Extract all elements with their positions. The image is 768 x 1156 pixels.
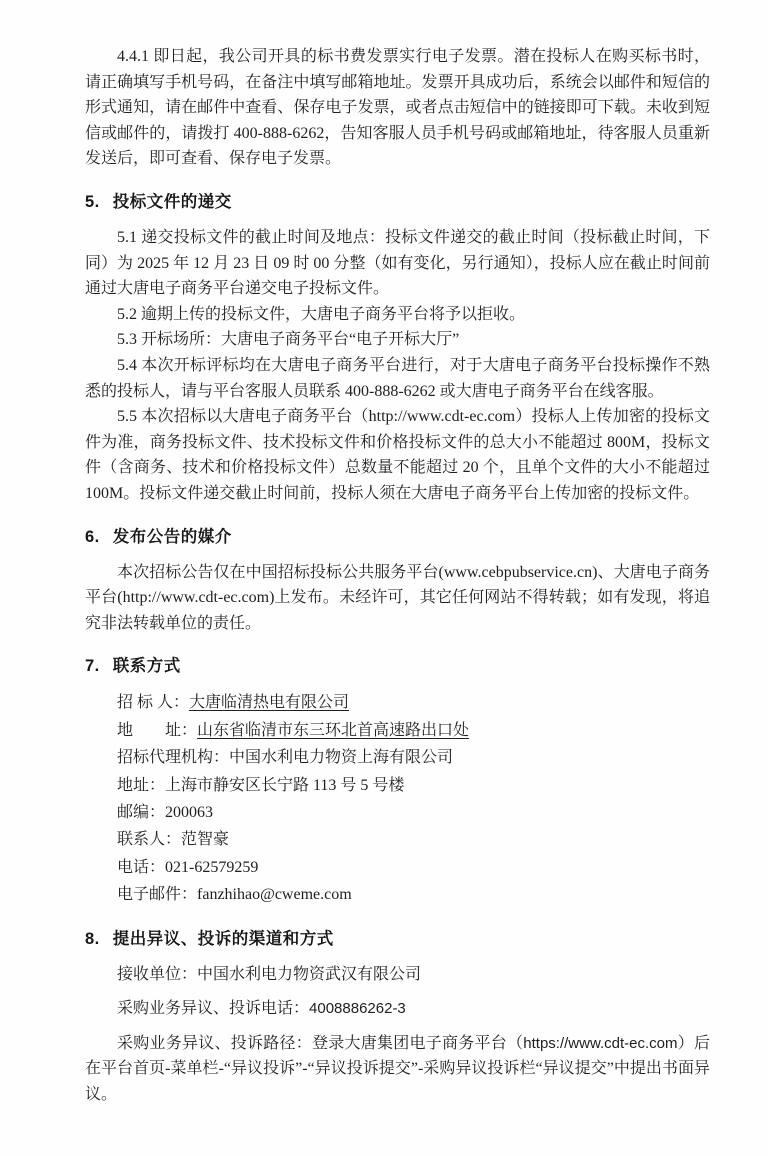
contact-value: 200063 [165, 804, 213, 821]
section-7-title: 联系方式 [113, 657, 181, 675]
section-5-item-5: 5.5 本次招标以大唐电子商务平台（http://www.cdt-ec.com）… [85, 404, 710, 506]
contact-value: 山东省临清市东三环北首高速路出口处 [197, 722, 469, 739]
contact-value: 大唐临清热电有限公司 [189, 694, 349, 711]
section-8-number: 8. [85, 930, 100, 949]
contact-row-postcode: 邮编：200063 [117, 799, 710, 826]
contact-block: 招 标 人：大唐临清热电有限公司 地 址：山东省临清市东三环北首高速路出口处 招… [85, 689, 710, 908]
section-8-heading: 8.提出异议、投诉的渠道和方式 [85, 925, 710, 949]
section-8-complaint-phone: 采购业务异议、投诉电话：4008886262-3 [85, 996, 710, 1022]
contact-value: 021-62579259 [165, 859, 258, 876]
contact-value: 上海市静安区长宁路 113 号 5 号楼 [165, 777, 404, 794]
complaint-phone-number: 4008886262-3 [309, 1000, 406, 1017]
contact-label: 招标代理机构： [117, 749, 229, 766]
contact-value: fanzhihao@cweme.com [197, 886, 352, 903]
section-5-title: 投标文件的递交 [113, 193, 232, 211]
document-page: 4.4.1 即日起，我公司开具的标书费发票实行电子发票。潜在投标人在购买标书时，… [0, 0, 768, 1156]
section-8-complaint-path: 采购业务异议、投诉路径：登录大唐集团电子商务平台（https://www.cdt… [85, 1031, 710, 1108]
paragraph-4-4-1: 4.4.1 即日起，我公司开具的标书费发票实行电子发票。潜在投标人在购买标书时，… [85, 44, 710, 172]
contact-row-agency-address: 地址：上海市静安区长宁路 113 号 5 号楼 [117, 772, 710, 799]
contact-row-phone: 电话：021-62579259 [117, 854, 710, 881]
section-5-item-3: 5.3 开标场所：大唐电子商务平台“电子开标大厅” [85, 327, 710, 353]
contact-row-tenderee: 招 标 人：大唐临清热电有限公司 [117, 689, 710, 716]
contact-label: 电话： [117, 859, 165, 876]
section-5-item-2: 5.2 逾期上传的投标文件，大唐电子商务平台将予以拒收。 [85, 302, 710, 328]
contact-label: 地 址： [117, 722, 197, 739]
contact-label: 联系人： [117, 831, 181, 848]
contact-value: 范智豪 [181, 831, 229, 848]
section-5-number: 5. [85, 193, 100, 212]
contact-label: 邮编： [117, 804, 165, 821]
section-6-body: 本次招标公告仅在中国招标投标公共服务平台(www.cebpubservice.c… [85, 560, 710, 637]
contact-row-address: 地 址：山东省临清市东三环北首高速路出口处 [117, 717, 710, 744]
section-7-number: 7. [85, 657, 100, 676]
section-8-receiver: 接收单位：中国水利电力物资武汉有限公司 [85, 962, 710, 988]
contact-label: 地址： [117, 777, 165, 794]
section-6-heading: 6.发布公告的媒介 [85, 523, 710, 547]
contact-value: 中国水利电力物资上海有限公司 [229, 749, 453, 766]
complaint-path-text-before: 采购业务异议、投诉路径：登录大唐集团电子商务平台（ [117, 1035, 523, 1052]
section-5-item-1: 5.1 递交投标文件的截止时间及地点：投标文件递交的截止时间（投标截止时间，下同… [85, 225, 710, 302]
section-8-title: 提出异议、投诉的渠道和方式 [113, 930, 334, 948]
contact-row-email: 电子邮件：fanzhihao@cweme.com [117, 881, 710, 908]
complaint-phone-label: 采购业务异议、投诉电话： [117, 1000, 309, 1017]
complaint-platform-url: https://www.cdt-ec.com [523, 1035, 677, 1052]
contact-label: 电子邮件： [117, 886, 197, 903]
section-7-heading: 7.联系方式 [85, 652, 710, 676]
section-6-number: 6. [85, 528, 100, 547]
section-6-title: 发布公告的媒介 [113, 528, 232, 546]
section-5-item-4: 5.4 本次开标评标均在大唐电子商务平台进行，对于大唐电子商务平台投标操作不熟悉… [85, 353, 710, 404]
contact-label: 招 标 人： [117, 694, 189, 711]
contact-row-agency: 招标代理机构：中国水利电力物资上海有限公司 [117, 744, 710, 771]
section-5-heading: 5.投标文件的递交 [85, 188, 710, 212]
contact-row-person: 联系人：范智豪 [117, 826, 710, 853]
